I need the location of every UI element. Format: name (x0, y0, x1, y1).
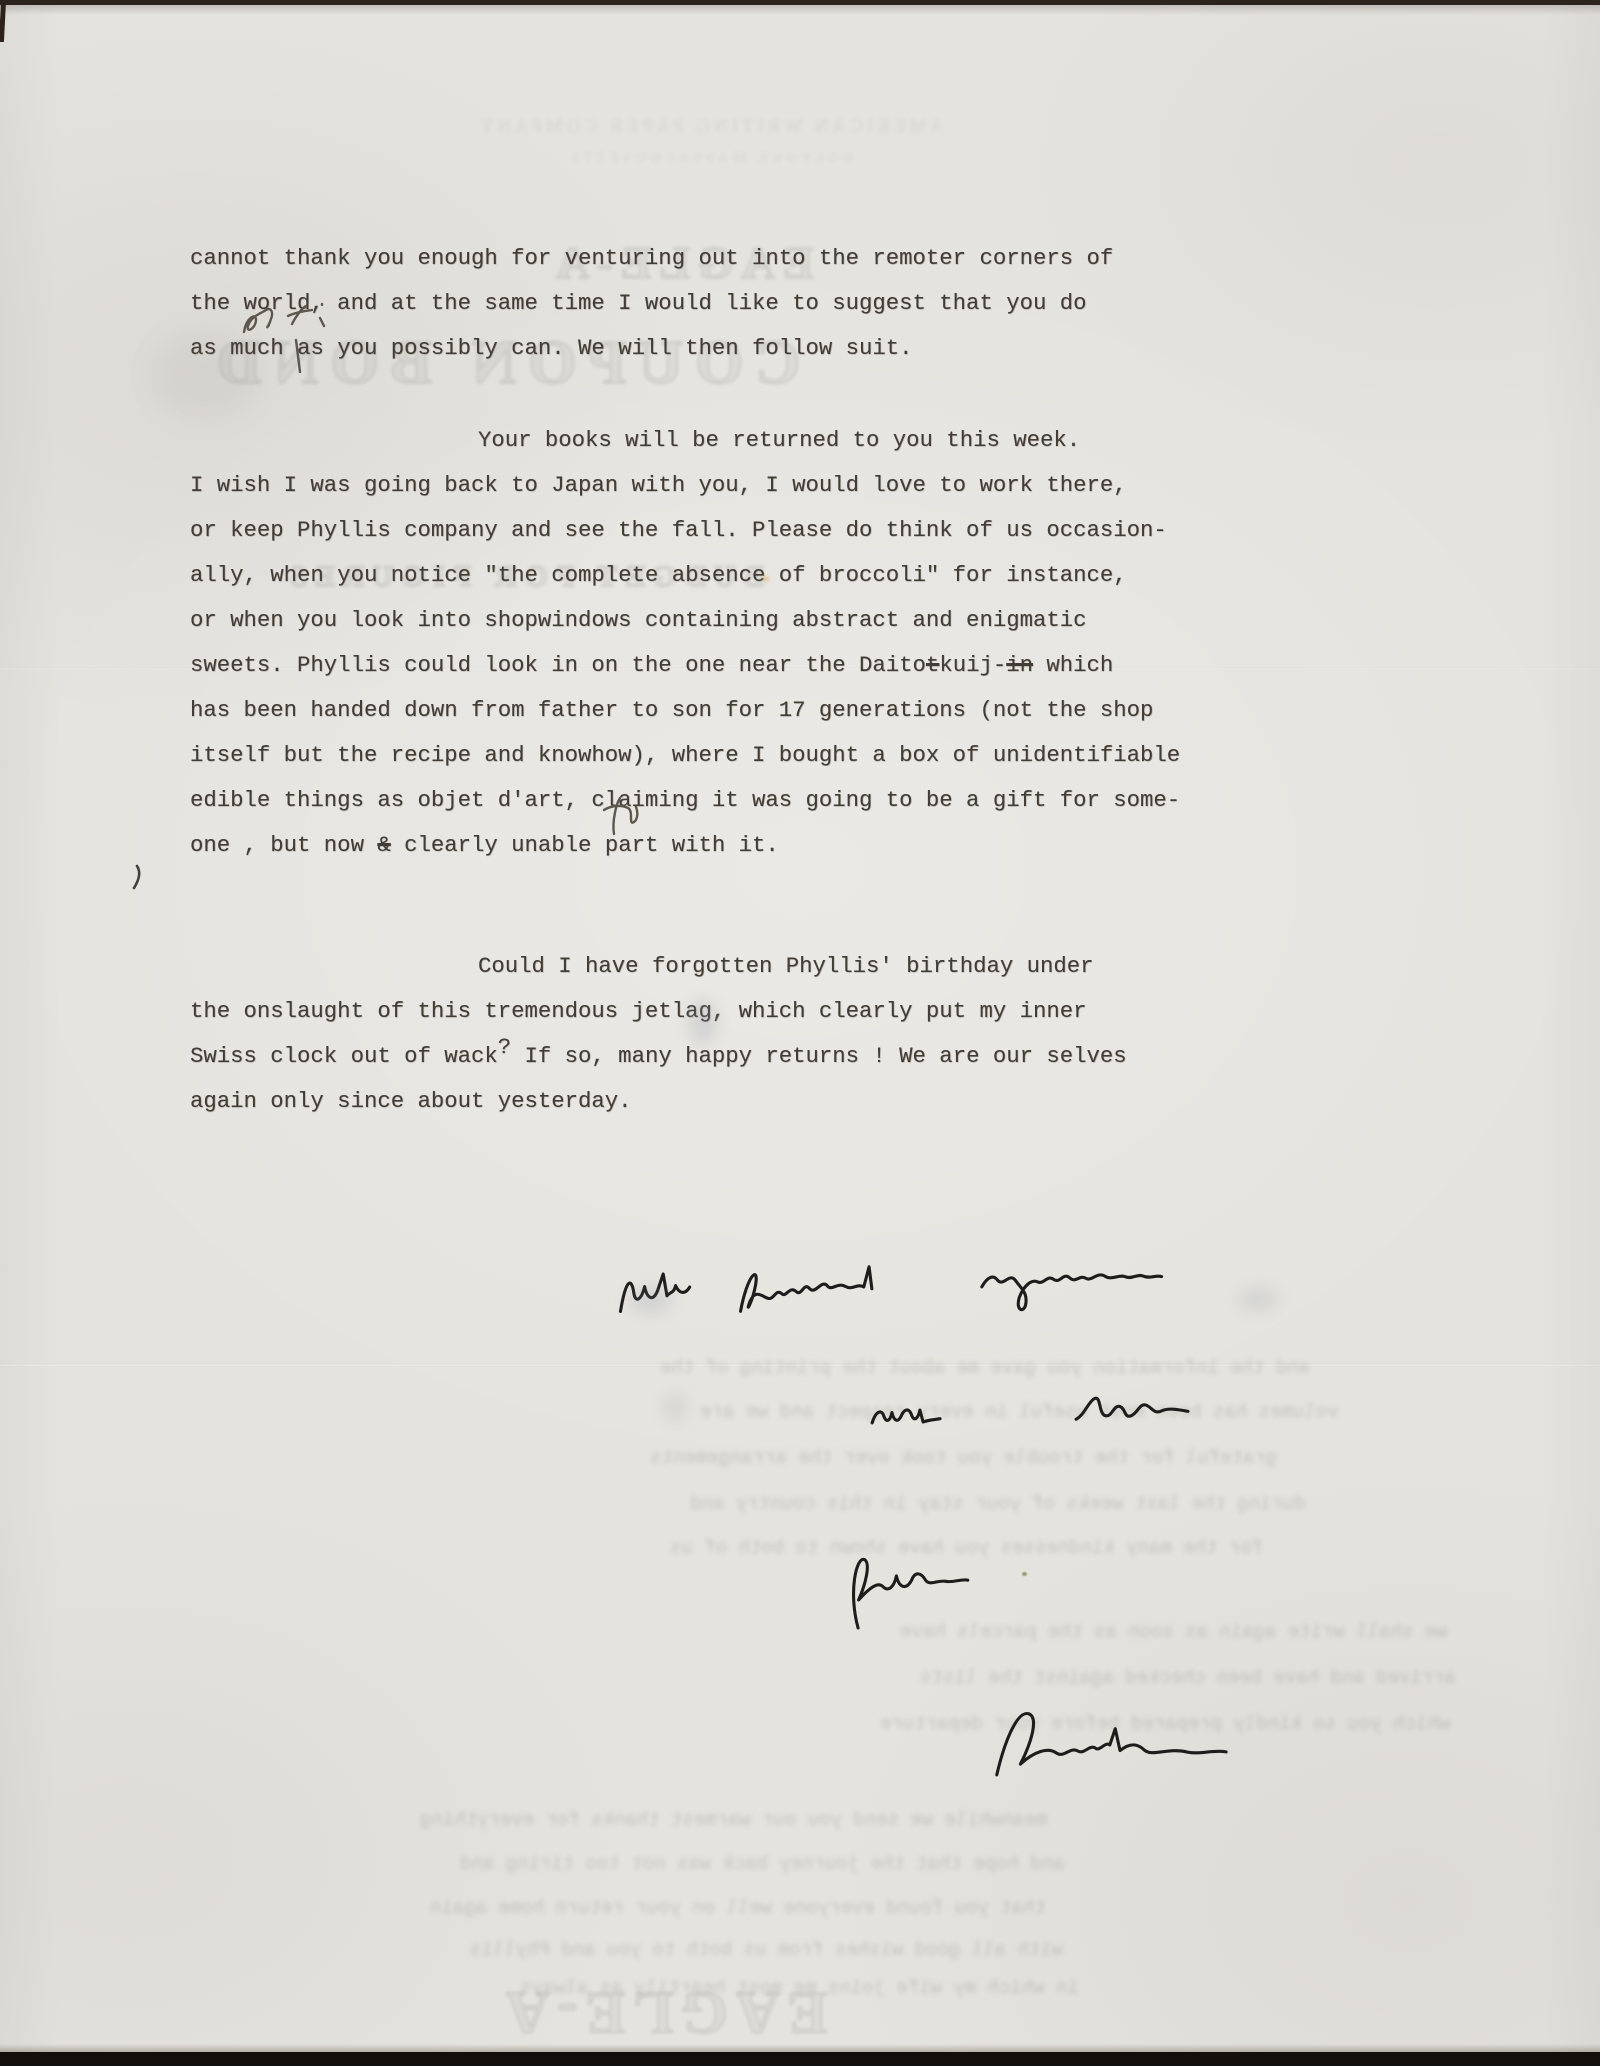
letter-page: AMERICAN WRITING PAPER COMPANY HOLYOKE M… (0, 0, 1600, 2066)
smudge (662, 1392, 688, 1422)
typed-line: or keep Phyllis company and see the fall… (190, 508, 1210, 553)
typed-segment: clearly unable (391, 832, 592, 858)
typed-segment: which (1033, 652, 1113, 678)
scan-edge-top-shadow (0, 5, 1600, 15)
typed-line: as muchas you possibly can. We will then… (190, 326, 1210, 371)
ghost-line: during the last weeks of your stay in th… (690, 1484, 1306, 1524)
typed-segment: one , but now (190, 832, 377, 858)
paragraph-1: cannot thank you enough for venturing ou… (190, 236, 1210, 371)
ghost-line: in which my wife joins me most heartily … (520, 1968, 1079, 2008)
typed-line: sweets. Phyllis could look in on the one… (190, 643, 1210, 688)
typed-line: itself but the recipe and knowhow), wher… (190, 733, 1210, 778)
typed-line: one , but now & clearly unable part with… (190, 823, 1210, 868)
typed-segment: If so, many happy returns ! We are our s… (511, 1043, 1127, 1069)
ghost-line: and hope that the journey back was not t… (460, 1844, 1064, 1884)
typed-segment: as much (190, 335, 284, 361)
smudge (628, 1288, 672, 1314)
typed-line: the onslaught of this tremendous jetlag,… (190, 989, 1210, 1034)
typed-segment: kuij- (939, 652, 1006, 678)
typed-segment: Swiss clock out of wack (190, 1043, 498, 1069)
fold-crease (0, 1363, 1600, 1367)
struck-out-text: in (1006, 652, 1033, 678)
ghost-line: volumes has been most useful in every re… (700, 1392, 1339, 1432)
handwriting-with-fondest-regards (611, 1246, 1173, 1339)
ghost-letterhead-line1: AMERICAN WRITING PAPER COMPANY (430, 116, 990, 138)
scan-edge-corner (0, 0, 6, 42)
smudge (1238, 1288, 1278, 1310)
typed-line: Swiss clock out of wack? If so, many hap… (190, 1034, 1210, 1079)
ink-mark (130, 862, 146, 892)
ghost-line: and the information you gave me about th… (660, 1348, 1310, 1388)
ghost-line: for the many kindnesses you have shown t… (670, 1528, 1263, 1568)
typed-line: cannot thank you enough for venturing ou… (190, 236, 1210, 281)
overtyped-question-mark: ? (498, 1025, 511, 1070)
paragraph-2: Your books will be returned to you this … (190, 418, 1210, 868)
typed-line: the world, and at the same time I would … (190, 281, 1210, 326)
typed-line: edible things as objet d'art, claiming i… (190, 778, 1210, 823)
typed-line: I wish I was going back to Japan with yo… (190, 463, 1210, 508)
typed-segment: as you possibly can. We will then follow… (297, 335, 913, 361)
scan-edge-bottom (0, 2052, 1600, 2066)
typed-line: has been handed down from father to son … (190, 688, 1210, 733)
struck-out-text: t (926, 652, 939, 678)
ghost-line: meanwhile we send you our warmest thanks… (420, 1800, 1047, 1840)
dust-speck (1022, 1572, 1027, 1576)
scan-edge-bottom-shadow (0, 2044, 1600, 2052)
ghost-line: we shall write again as soon as the parc… (900, 1612, 1447, 1652)
ghost-line: arrived and have been checked against th… (920, 1658, 1456, 1698)
ghost-letterhead-line2: HOLYOKE MASSACHUSETTS (500, 150, 920, 167)
typed-segment: part with it. (591, 832, 778, 858)
struck-out-text: & (377, 832, 390, 858)
typed-line: ally, when you notice "the complete abse… (190, 553, 1210, 598)
typed-line: Your books will be returned to you this … (190, 418, 1210, 463)
ghost-line: grateful for the trouble you took over t… (650, 1438, 1277, 1478)
typed-segment: sweets. Phyllis could look in on the one… (190, 652, 926, 678)
paragraph-3: Could I have forgotten Phyllis' birthday… (190, 944, 1210, 1124)
ghost-line: that you found everyone well on your ret… (430, 1888, 1046, 1928)
typed-line: Could I have forgotten Phyllis' birthday… (190, 944, 1210, 989)
ghost-line: with all good wishes from us both to you… (470, 1930, 1063, 1970)
typed-line: or when you look into shopwindows contai… (190, 598, 1210, 643)
ghost-line: which you so kindly prepared before your… (880, 1704, 1450, 1744)
typed-line: again only since about yesterday. (190, 1079, 1210, 1124)
